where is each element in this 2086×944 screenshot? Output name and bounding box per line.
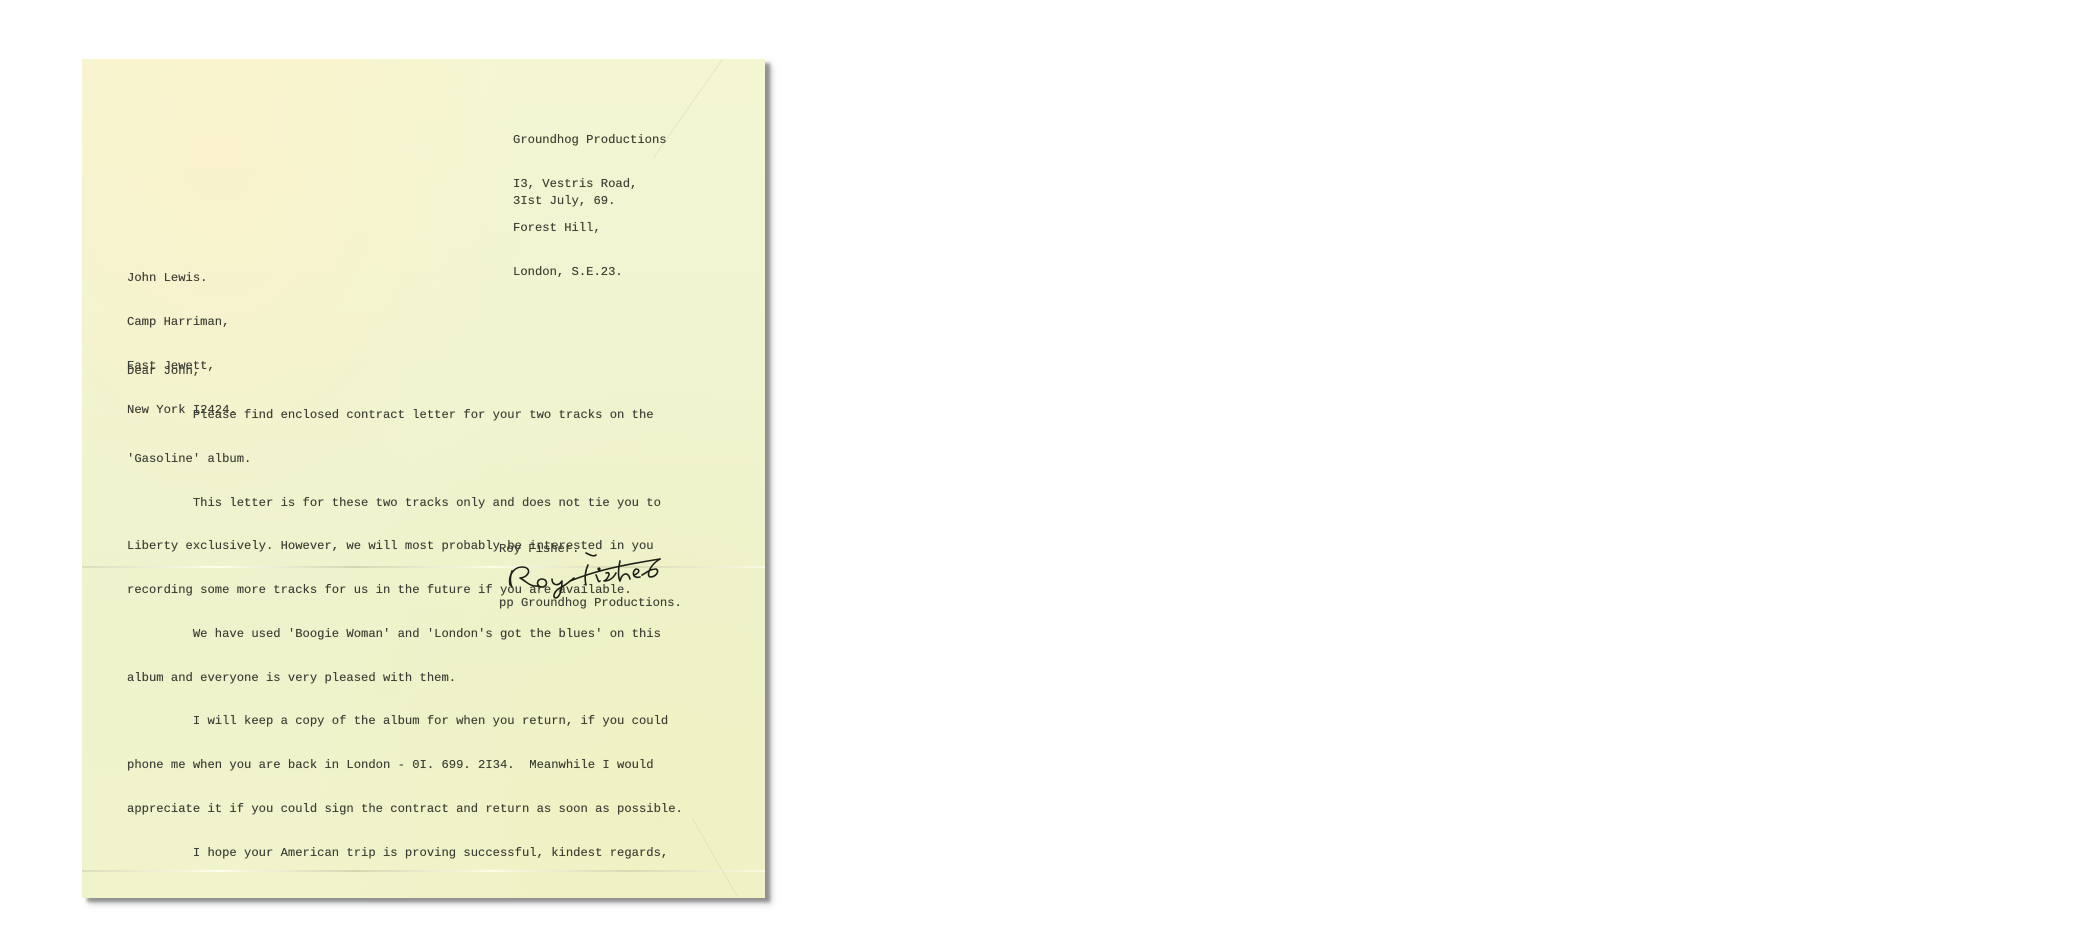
body-line: This letter is for these two tracks only… — [127, 496, 683, 511]
body-line: I hope your American trip is proving suc… — [127, 846, 683, 861]
signature-on-behalf: pp Groundhog Productions. — [499, 596, 682, 611]
body-line: appreciate it if you could sign the cont… — [127, 802, 683, 817]
body-line: 'Gasoline' album. — [127, 452, 683, 467]
body-line: phone me when you are back in London - 0… — [127, 758, 683, 773]
salutation: Dear John, — [127, 364, 683, 379]
sender-line: Groundhog Productions — [513, 133, 667, 148]
handwritten-signature: Roy Fisher — [500, 545, 670, 600]
body-line: Please find enclosed contract letter for… — [127, 408, 683, 423]
sender-line: London, S.E.23. — [513, 265, 667, 280]
sender-line: Forest Hill, — [513, 221, 667, 236]
letter-date: 3Ist July, 69. — [513, 194, 615, 209]
letter-paper: Groundhog Productions I3, Vestris Road, … — [82, 59, 765, 898]
letter-body: Dear John, Please find enclosed contract… — [127, 335, 683, 890]
sender-line: I3, Vestris Road, — [513, 177, 667, 192]
body-line: album and everyone is very pleased with … — [127, 671, 683, 686]
body-line: I will keep a copy of the album for when… — [127, 714, 683, 729]
recipient-line: John Lewis. — [127, 271, 237, 286]
body-line: We have used 'Boogie Woman' and 'London'… — [127, 627, 683, 642]
paper-crease — [692, 819, 738, 897]
recipient-line: Camp Harriman, — [127, 315, 237, 330]
